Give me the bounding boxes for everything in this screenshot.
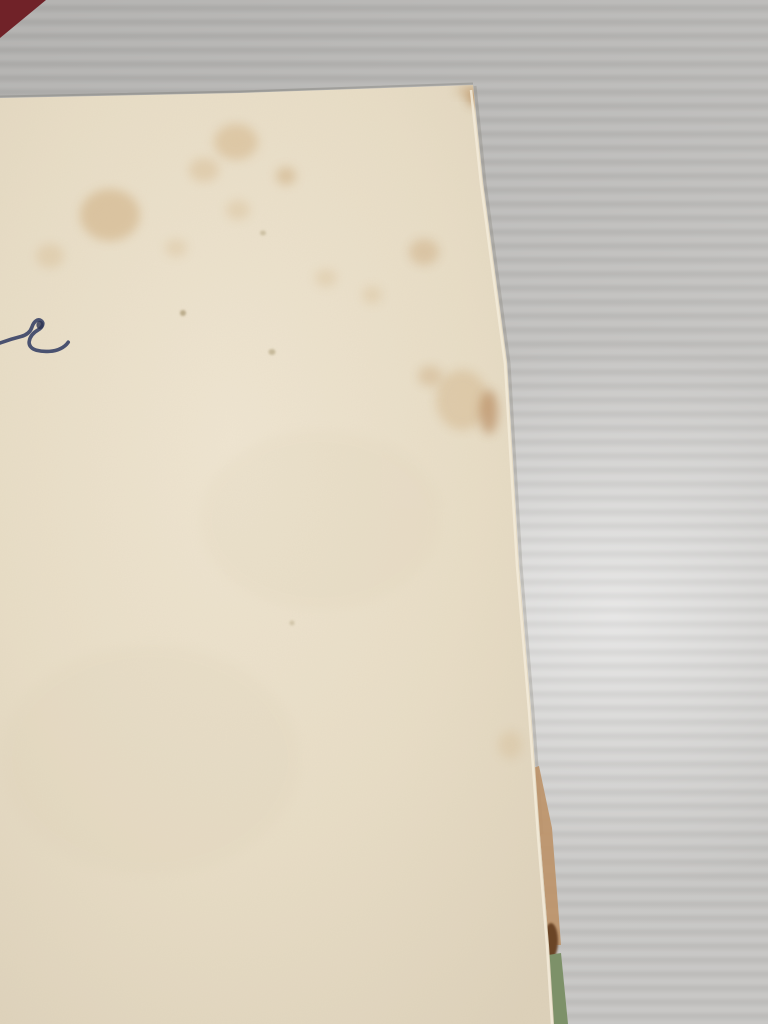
- foxing-stain: [36, 244, 64, 268]
- photo-scene: Photograph of the top-right corner of an…: [0, 0, 768, 1024]
- foxing-stain: [290, 621, 295, 626]
- foxing-stain: [315, 269, 337, 287]
- foxing-stain: [418, 366, 442, 386]
- foxing-stain: [362, 286, 382, 304]
- foxing-stain: [456, 86, 476, 96]
- corner-maroon-triangle: [0, 0, 46, 38]
- foxing-stain: [165, 239, 187, 257]
- foxing-stain: [200, 430, 440, 610]
- foxing-stain: [226, 200, 250, 220]
- foxing-stain: [269, 349, 276, 355]
- foxing-stain: [214, 124, 258, 160]
- ink-knot: [36, 321, 43, 329]
- foxing-stain: [80, 189, 140, 241]
- foxing-stain: [498, 731, 522, 759]
- foxing-stain: [436, 370, 488, 430]
- foxing-stain: [180, 310, 186, 316]
- foxing-stain: [480, 390, 498, 434]
- foxing-stain: [409, 239, 439, 265]
- photo-overlay: [0, 0, 768, 1024]
- foxing-stain: [260, 231, 266, 236]
- foxing-stain: [0, 645, 300, 875]
- foxing-stain: [276, 167, 296, 185]
- foxing-stain: [189, 158, 219, 182]
